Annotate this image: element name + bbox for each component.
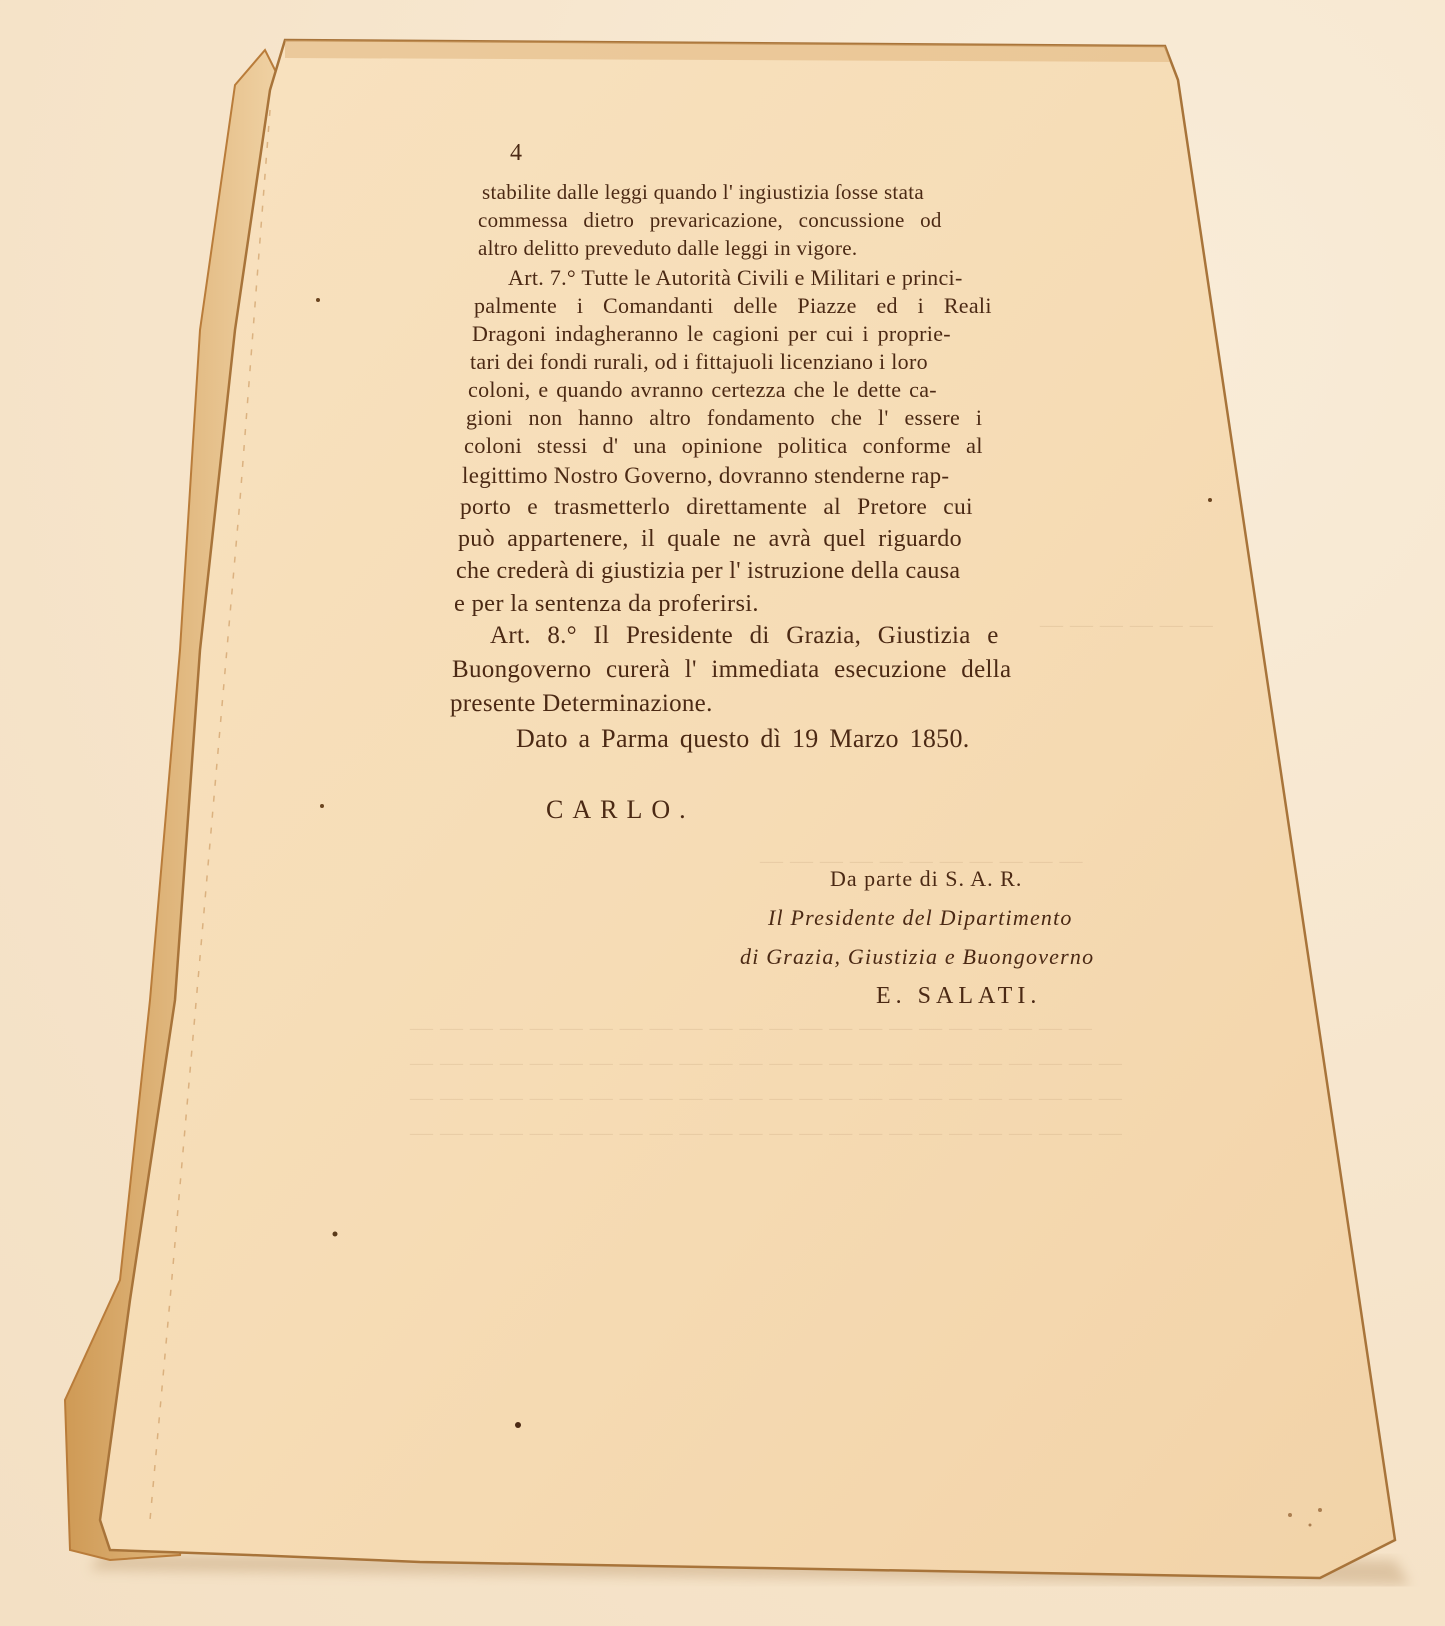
body-line: commessa dietro prevaricazione, concussi… [478,208,1118,233]
body-line: gioni non hanno altro fondamento che l' … [466,405,982,431]
article-8-heading: Art. 8.° Il Presidente di Grazia, Giusti… [490,622,999,650]
on-behalf-line: Da parte di S. A. R. [830,866,1022,892]
document-text: 4 stabilite dalle leggi quando l' ingius… [0,0,1445,1626]
sovereign-signature: CARLO. [546,795,695,825]
minister-signature: E. SALATI. [876,983,1041,1010]
body-line: e per la sentenza da proferirsi. [454,590,759,618]
body-line: porto e trasmetterlo direttamente al Pre… [460,494,973,521]
body-line: Buongoverno curerà l' immediata esecuzio… [452,656,1011,684]
body-line: tari dei fondi rurali, od i fittajuoli l… [470,349,928,375]
page-number: 4 [510,140,522,167]
body-line: legittimo Nostro Governo, dovranno stend… [462,463,949,489]
minister-title-line-1: Il Presidente del Dipartimento [768,905,1073,931]
body-line: coloni stessi d' una opinione politica c… [464,433,983,459]
body-line: altro delitto preveduto dalle leggi in v… [478,236,857,261]
minister-title-line-2: di Grazia, Giustizia e Buongoverno [740,944,1094,970]
body-line: che crederà di giustizia per l' istruzio… [456,558,960,585]
body-line: può appartenere, il quale ne avrà quel r… [458,526,962,553]
body-line: stabilite dalle leggi quando l' ingiusti… [482,180,1114,205]
article-7-heading: Art. 7.° Tutte le Autorità Civili e Mili… [508,265,963,291]
body-line: coloni, e quando avranno certezza che le… [468,377,937,403]
body-line: presente Determinazione. [450,690,713,718]
body-line: Dragoni indagheranno le cagioni per cui … [472,321,951,347]
date-line: Dato a Parma questo dì 19 Marzo 1850. [516,724,970,754]
body-line: palmente i Comandanti delle Piazze ed i … [474,293,992,319]
